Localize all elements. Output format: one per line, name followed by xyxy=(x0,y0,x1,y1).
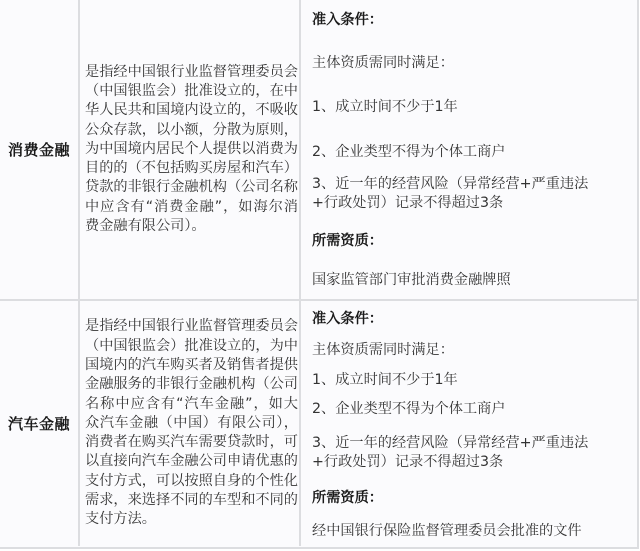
row-name: 汽车金融 xyxy=(8,413,70,434)
row-requirements-cell: 准入条件： 主体资质需同时满足： 1、成立时间不少于1年 2、企业类型不得为个体… xyxy=(303,301,637,546)
requirements-intro: 主体资质需同时满足： xyxy=(312,339,454,359)
table-row-auto-finance: 汽车金融 是指经中国银行业监督管理委员会（中国银监会）批准设立的，为中国境内的汽… xyxy=(0,301,637,546)
admission-heading: 准入条件： xyxy=(312,308,383,328)
condition-3: 3、近一年的经营风险（异常经营+严重违法 xyxy=(312,173,588,193)
row-name-cell: 消费金融 xyxy=(0,0,80,299)
qualification-text: 经中国银行保险监督管理委员会批准的文件 xyxy=(312,520,582,540)
row-description-cell: 是指经中国银行业监督管理委员会（中国银监会）批准设立的，为中国境内的汽车购买者及… xyxy=(82,301,301,546)
qualification-heading: 所需资质： xyxy=(312,230,383,250)
row-description: 是指经中国银行业监督管理委员会（中国银监会）批准设立的，为中国境内的汽车购买者及… xyxy=(82,317,298,529)
finance-license-table: 消费金融 是指经中国银行业监督管理委员会（中国银监会）批准设立的，在中华人民共和… xyxy=(0,0,639,549)
admission-heading: 准入条件： xyxy=(312,9,383,29)
qualification-heading: 所需资质： xyxy=(312,487,383,507)
condition-2: 2、企业类型不得为个体工商户 xyxy=(312,398,505,418)
condition-3-cont: +行政处罚）记录不得超过3条 xyxy=(312,192,503,212)
row-name-cell: 汽车金融 xyxy=(0,301,80,546)
qualification-text: 国家监管部门审批消费金融牌照 xyxy=(312,269,511,289)
condition-1: 1、成立时间不少于1年 xyxy=(312,96,458,116)
requirements-block: 准入条件： 主体资质需同时满足： 1、成立时间不少于1年 2、企业类型不得为个体… xyxy=(312,0,633,299)
row-description: 是指经中国银行业监督管理委员会（中国银监会）批准设立的，在中华人民共和国境内设立… xyxy=(82,63,298,237)
condition-3-cont: +行政处罚）记录不得超过3条 xyxy=(312,451,503,471)
condition-2: 2、企业类型不得为个体工商户 xyxy=(312,141,505,161)
requirements-intro: 主体资质需同时满足： xyxy=(312,52,454,72)
row-description-cell: 是指经中国银行业监督管理委员会（中国银监会）批准设立的，在中华人民共和国境内设立… xyxy=(82,0,301,299)
table-row-consumer-finance: 消费金融 是指经中国银行业监督管理委员会（中国银监会）批准设立的，在中华人民共和… xyxy=(0,0,637,301)
condition-3: 3、近一年的经营风险（异常经营+严重违法 xyxy=(312,432,588,452)
row-requirements-cell: 准入条件： 主体资质需同时满足： 1、成立时间不少于1年 2、企业类型不得为个体… xyxy=(303,0,637,299)
requirements-block: 准入条件： 主体资质需同时满足： 1、成立时间不少于1年 2、企业类型不得为个体… xyxy=(312,301,633,546)
condition-1: 1、成立时间不少于1年 xyxy=(312,369,458,389)
row-name: 消费金融 xyxy=(8,139,70,160)
